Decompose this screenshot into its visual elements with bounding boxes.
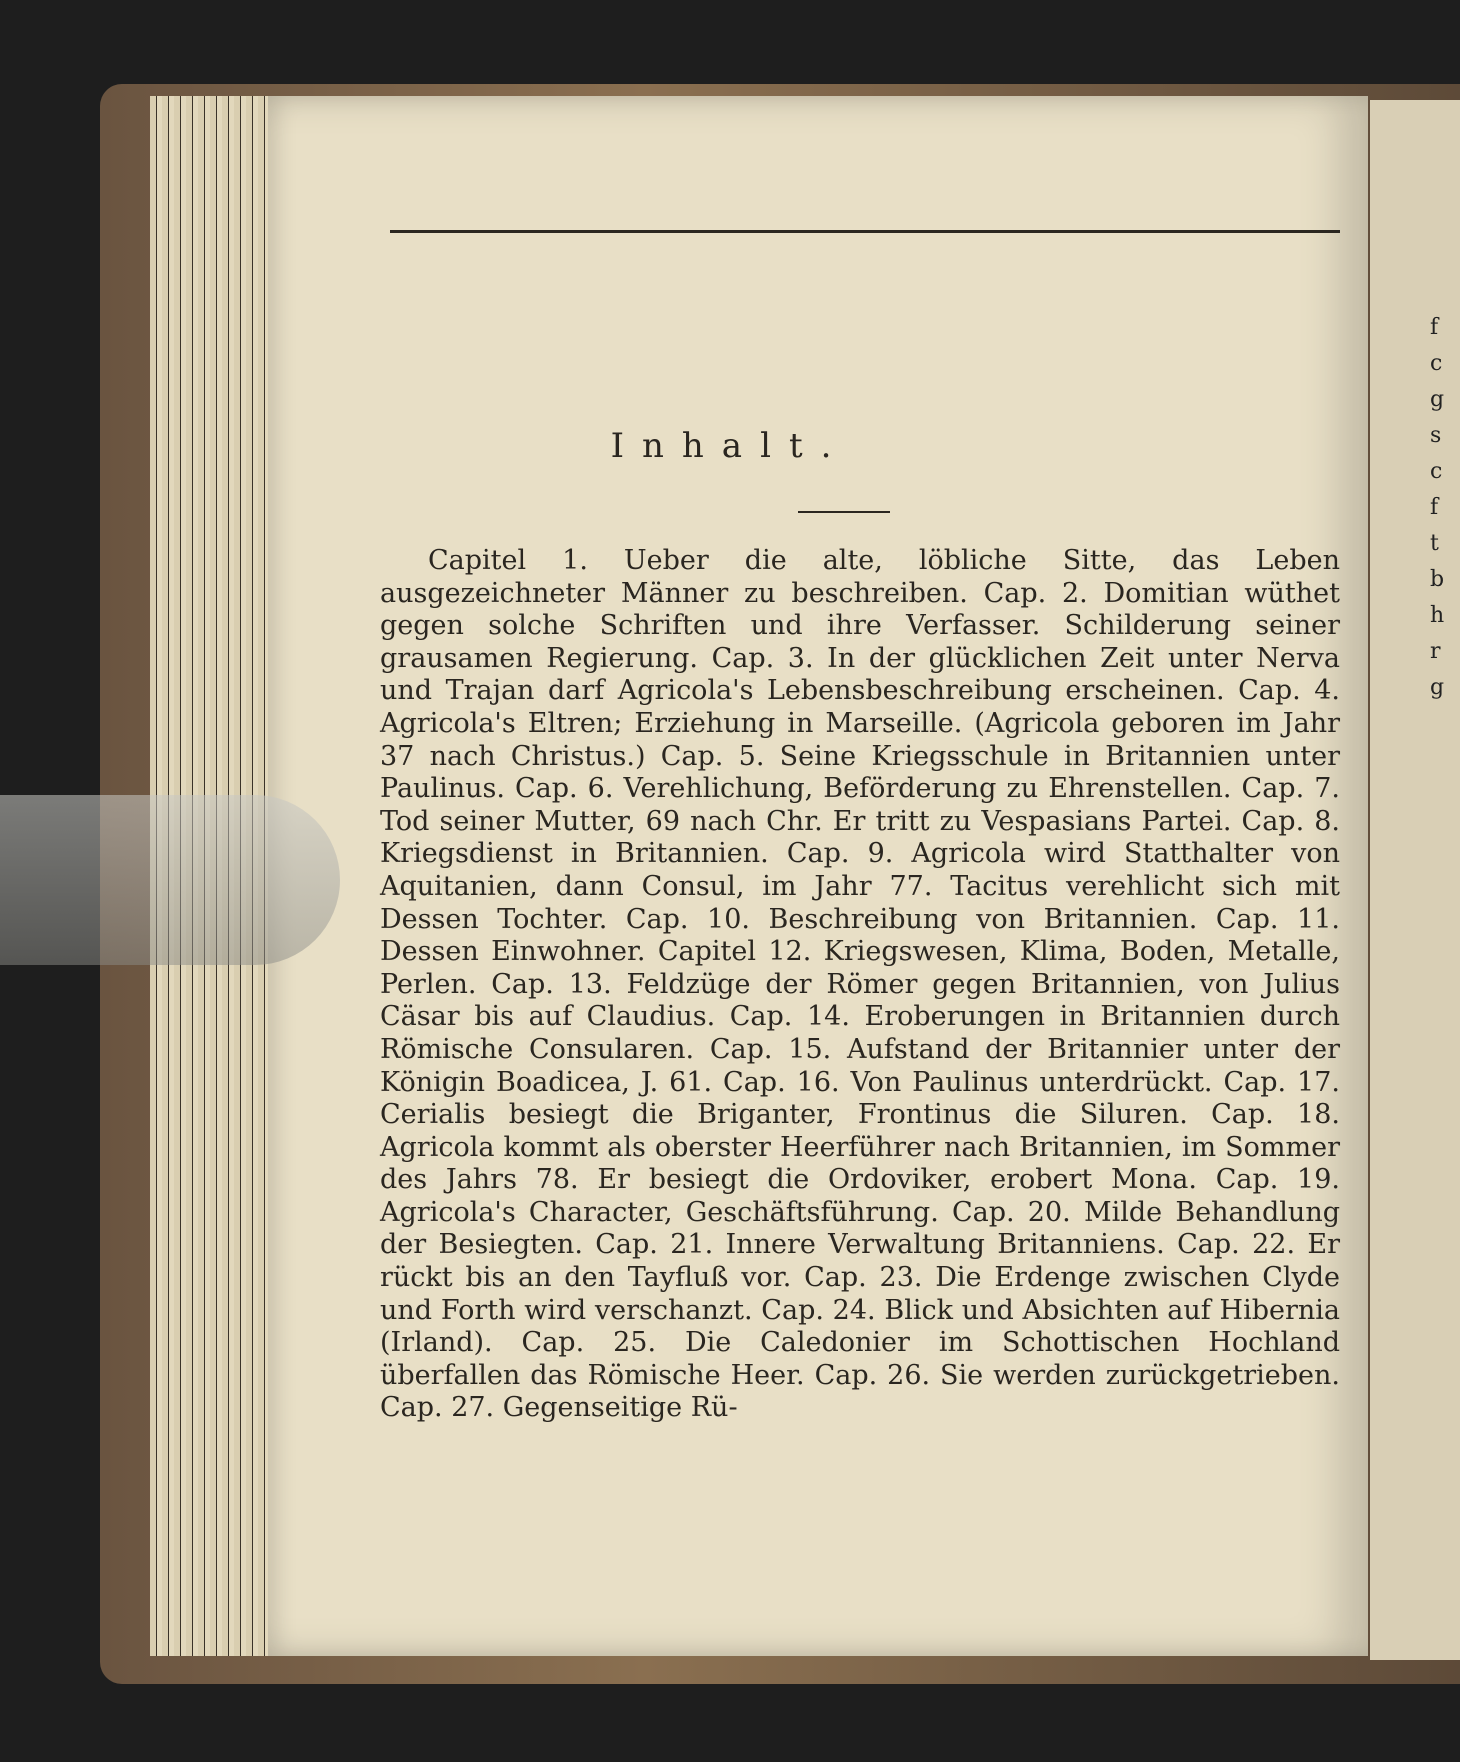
facing-page: f c g s c f t b h r g [1370, 100, 1460, 1660]
page-clip [0, 795, 340, 965]
toc-paragraph: Capitel 1. Ueber die alte, löbliche Sitt… [380, 545, 1340, 1425]
facing-page-edge-text: f c g s c f t b h r g [1430, 310, 1444, 706]
header-rule [390, 230, 1340, 233]
page-title: Inhalt. [0, 426, 1460, 466]
title-rule [798, 511, 890, 513]
table-of-contents-text: Capitel 1. Ueber die alte, löbliche Sitt… [380, 545, 1340, 1425]
